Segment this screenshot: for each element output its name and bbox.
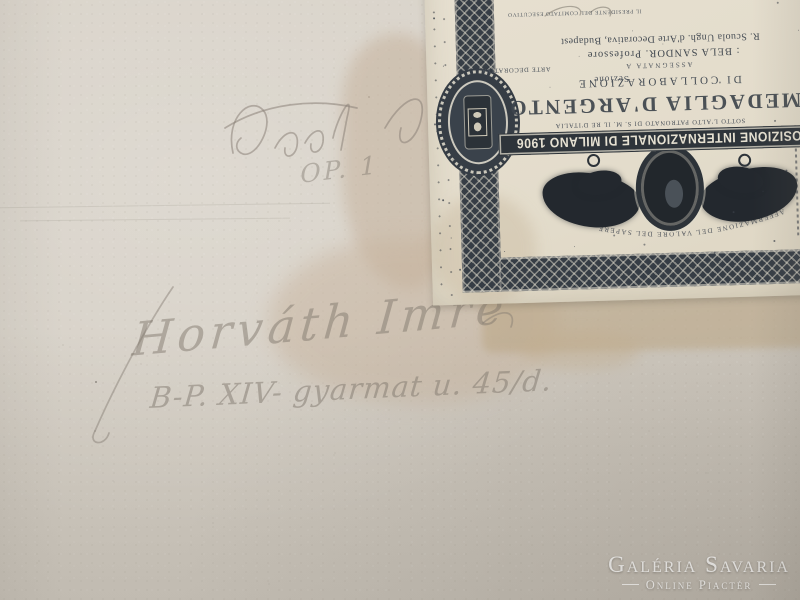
section-label: Sezione (593, 74, 629, 85)
water-stain-dip (520, 330, 640, 370)
vignette-pendant (587, 154, 600, 167)
watermark-subtitle: Online Piactér (608, 579, 790, 592)
certificate-document: AFFERMAZIONE DEL VALORE DEL SAPERE ESPOS… (423, 0, 800, 306)
site-watermark: Galéria Savaria Online Piactér (608, 553, 790, 592)
pencil-address: B-P. XIV- gyarmat u. 45/d. (149, 363, 554, 415)
header-vignette (535, 145, 800, 236)
president-caption: IL PRESIDENTE DEL COMITATO ESECUTIVO (497, 7, 652, 17)
certificate-printed-face: AFFERMAZIONE DEL VALORE DEL SAPERE ESPOS… (423, 0, 800, 306)
photo-of-certificate-back: OP. 1 Horváth Imre B-P. XIV- gyarmat u. … (0, 0, 800, 600)
exposition-title: ESPOSIZIONE INTERNAZIONALE DI MILANO 190… (516, 128, 800, 152)
paper-crease (0, 203, 330, 209)
pencil-opus-number: OP. 1 (300, 150, 379, 189)
paper-crease (20, 218, 290, 222)
crest-icon (468, 108, 488, 137)
seal-medallion (437, 69, 520, 175)
section-value: ARTE DECORATIVA (481, 65, 551, 74)
paper-specks (0, 0, 2, 2)
vignette-oval-emblem (635, 144, 705, 232)
vignette-pendant (738, 154, 751, 167)
watermark-title: Galéria Savaria (608, 553, 790, 576)
medallion-crest (463, 95, 492, 150)
